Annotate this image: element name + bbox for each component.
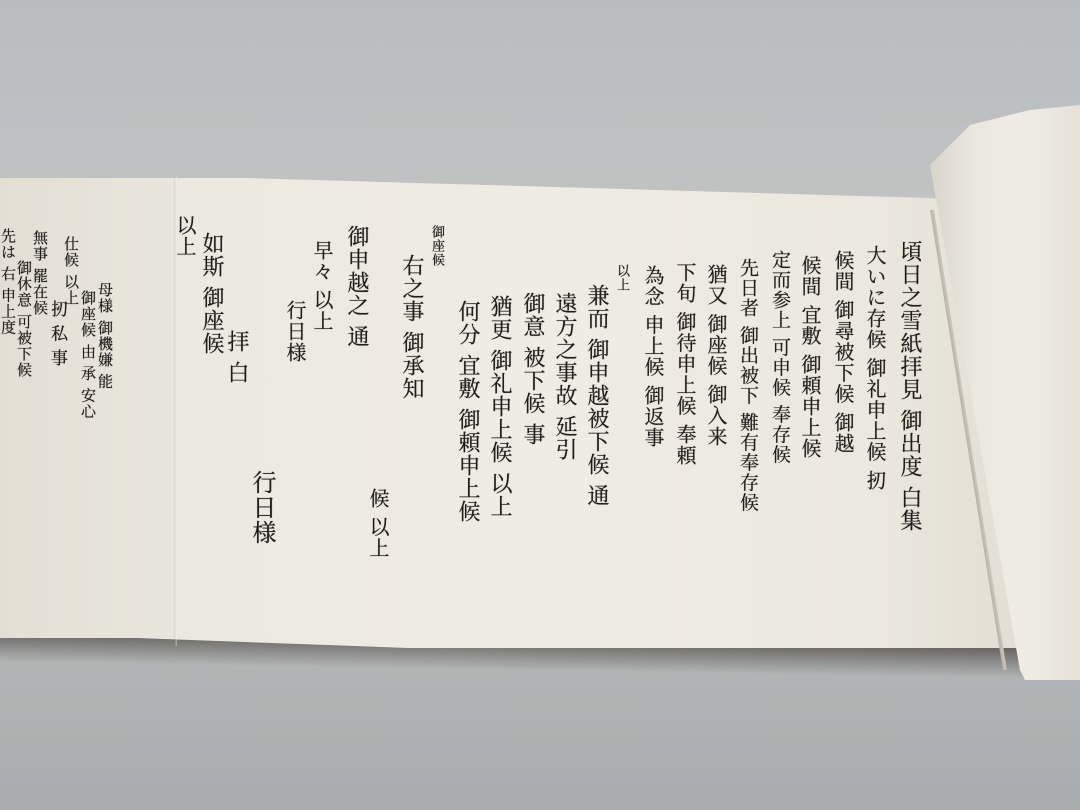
text-column: 母様 御機嫌 能 [97,282,112,390]
text-column: 先は 右 申上度 [0,228,15,336]
text-column: 先日者 御出被下 難有奉存候 [738,258,757,512]
text-column: 早々 以上 [312,240,332,331]
text-column: 大いに存候 御礼申上候 扨 [865,245,885,491]
text-column: 御座候 由 承 安心 [80,290,95,419]
text-column: 御意 被下候 事 [521,292,543,446]
text-column: 為念 申上候 御返事 [643,265,663,448]
text-column: 御申越之 通 [345,225,367,348]
text-column: 遠方之事故 延引 [553,292,575,461]
text-column: 如斯 御座候 [200,232,222,355]
text-column: 拝 白 [225,330,247,384]
text-column: 兼而 御申越被下候 通 [585,284,607,507]
text-column: 頃日之雪紙拝見 御出度 白集 [898,240,920,532]
text-column: 仕候 以上 [63,236,78,306]
text-column: 何分 宜敷 御頼申上候 [456,300,478,523]
text-column: 右之事 御承知 [400,254,422,400]
text-column: 御座候 [430,225,443,267]
text-column: 候間 宜敷 御頼申上候 [800,255,820,459]
text-column: 猶又 御座候 御入来 [706,264,726,447]
text-column: 以上 [175,215,195,257]
text-column: 候間 御尋被下候 御越 [833,250,853,454]
photo-scene: 頃日之雪紙拝見 御出度 白集 大いに存候 御礼申上候 扨 候間 御尋被下候 御越… [0,0,1080,810]
text-column: 定而参上 可申候 奉存候 [770,250,789,464]
signature: 行日様 [250,470,274,545]
text-column: 候 以上 [368,488,388,558]
text-column: 扨 私 事 [48,300,65,367]
text-column: 行日様 [285,300,305,363]
text-column: 猶更 御礼申上候 以上 [488,295,510,518]
text-column: 御休意 可被下候 [16,260,31,378]
text-column: 下旬 御待申上候 奉頼 [675,262,695,466]
text-column: 無事 罷在候 [32,230,47,316]
text-column: 以上 [615,264,628,292]
